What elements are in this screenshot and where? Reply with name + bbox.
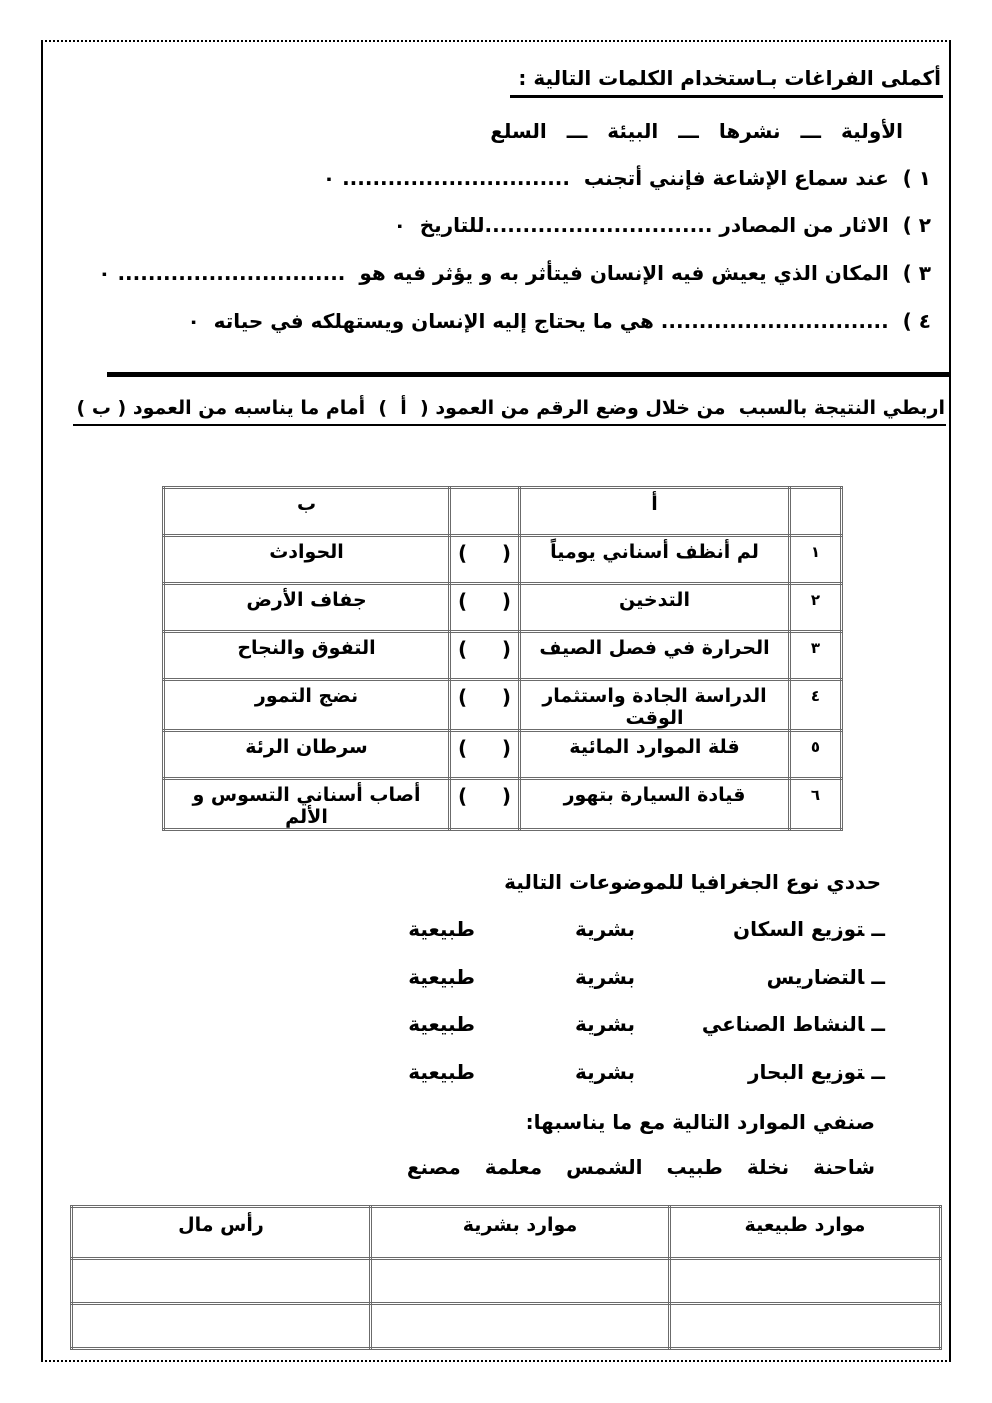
- row-number: ٢: [790, 584, 842, 632]
- result-cell: التفوق والنجاح: [164, 632, 450, 680]
- answer-parens[interactable]: ( ): [450, 731, 520, 779]
- word-bank-word: الأولية: [841, 119, 903, 143]
- answer-parens[interactable]: ( ): [450, 680, 520, 731]
- option-natural[interactable]: طبيعية: [310, 1012, 475, 1036]
- geo-topic-label: توزيع البحار: [748, 1060, 864, 1084]
- cause-cell: الدراسة الجادة واستثمار الوقت: [520, 680, 790, 731]
- section4-title: صنفي الموارد التالية مع ما يناسبها:: [526, 1110, 875, 1134]
- answer-parens[interactable]: ( ): [450, 536, 520, 584]
- cause-cell: الحرارة في فصل الصيف: [520, 632, 790, 680]
- table-row: [72, 1259, 941, 1304]
- cause-cell: قلة الموارد المائية: [520, 731, 790, 779]
- geo-row: ــالنشاط الصناعي بشرية طبيعية: [310, 1012, 885, 1036]
- answer-cell[interactable]: [670, 1304, 941, 1349]
- table-row: ٤ الدراسة الجادة واستثمار الوقت ( ) نضج …: [164, 680, 842, 731]
- fill-blank-item-3[interactable]: ٣ ) المكان الذي يعيش فيه الإنسان فيتأثر …: [98, 261, 931, 285]
- option-natural[interactable]: طبيعية: [310, 1060, 475, 1084]
- answer-parens[interactable]: ( ): [450, 779, 520, 830]
- geo-topic-label: النشاط الصناعي: [702, 1012, 864, 1036]
- section-divider: [107, 372, 949, 377]
- word-bank-word: البيئة: [607, 119, 658, 143]
- answer-parens[interactable]: ( ): [450, 584, 520, 632]
- fill-blank-item-1[interactable]: ١ ) عند سماع الإشاعة فإنني أتجنب .......…: [323, 166, 931, 190]
- geo-topic: ــالنشاط الصناعي: [635, 1012, 885, 1036]
- answer-parens[interactable]: ( ): [450, 632, 520, 680]
- answer-cell[interactable]: [371, 1304, 670, 1349]
- cause-cell: التدخين: [520, 584, 790, 632]
- result-cell: أصاب أسناني التسوس و الألم: [164, 779, 450, 830]
- option-natural[interactable]: طبيعية: [310, 917, 475, 941]
- cause-cell: قيادة السيارة بتهور: [520, 779, 790, 830]
- resource-word: مصنع: [407, 1155, 461, 1179]
- geo-row: ــالتضاريس بشرية طبيعية: [310, 965, 885, 989]
- header-natural-resources: موارد طبيعية: [670, 1207, 941, 1259]
- geo-topic: ــالتضاريس: [635, 965, 885, 989]
- item-dash: ــ: [871, 917, 885, 941]
- resource-word: الشمس: [566, 1155, 642, 1179]
- row-number: ٥: [790, 731, 842, 779]
- option-human[interactable]: بشرية: [475, 917, 635, 941]
- item-dash: ــ: [871, 1060, 885, 1084]
- answer-cell[interactable]: [670, 1259, 941, 1304]
- geo-topic: ــتوزيع البحار: [635, 1060, 885, 1084]
- answer-cell[interactable]: [72, 1304, 371, 1349]
- dash-separator: ـــ: [678, 119, 699, 143]
- table-row: ١ لم أنظف أسناني يومياً ( ) الحوادث: [164, 536, 842, 584]
- resource-word-list: شاحنة نخلة طبيب الشمس معلمة مصنع: [407, 1155, 875, 1179]
- corner-cell: [790, 488, 842, 536]
- word-bank-word: السلع: [490, 119, 547, 143]
- table-row: ٢ التدخين ( ) جفاف الأرض: [164, 584, 842, 632]
- result-cell: سرطان الرئة: [164, 731, 450, 779]
- result-cell: نضج التمور: [164, 680, 450, 731]
- section1-title: أكملى الفراغات بـاستخدام الكلمات التالية…: [510, 66, 943, 98]
- section2-title: اربطي النتيجة بالسبب من خلال وضع الرقم م…: [73, 397, 946, 426]
- header-capital: رأس مال: [72, 1207, 371, 1259]
- header-human-resources: موارد بشرية: [371, 1207, 670, 1259]
- row-number: ٣: [790, 632, 842, 680]
- worksheet: { "page": { "section1": { "title": "أكمل…: [0, 0, 992, 1403]
- geo-topic: ــتوزيع السكان: [635, 917, 885, 941]
- geo-row: ــتوزيع السكان بشرية طبيعية: [310, 917, 885, 941]
- item-dash: ــ: [871, 1012, 885, 1036]
- table-row: ٣ الحرارة في فصل الصيف ( ) التفوق والنجا…: [164, 632, 842, 680]
- option-natural[interactable]: طبيعية: [310, 965, 475, 989]
- resource-word: طبيب: [667, 1155, 723, 1179]
- cause-cell: لم أنظف أسناني يومياً: [520, 536, 790, 584]
- column-b-header: ب: [164, 488, 450, 536]
- section3-title: حددي نوع الجغرافيا للموضوعات التالية: [504, 870, 881, 894]
- matching-table: أ ب ١ لم أنظف أسناني يومياً ( ) الحوادث …: [162, 486, 843, 831]
- row-number: ٦: [790, 779, 842, 830]
- table-row: [72, 1304, 941, 1349]
- table-row: ٥ قلة الموارد المائية ( ) سرطان الرئة: [164, 731, 842, 779]
- fill-blank-item-4[interactable]: ٤ ) .............................. هي ما…: [187, 309, 931, 333]
- table-row: ٦ قيادة السيارة بتهور ( ) أصاب أسناني ال…: [164, 779, 842, 830]
- result-cell: جفاف الأرض: [164, 584, 450, 632]
- answer-cell[interactable]: [371, 1259, 670, 1304]
- dash-separator: ـــ: [801, 119, 822, 143]
- page-frame: أكملى الفراغات بـاستخدام الكلمات التالية…: [41, 40, 951, 1362]
- dash-separator: ـــ: [567, 119, 588, 143]
- fill-blank-item-2[interactable]: ٢ ) الاثار من المصادر ..................…: [394, 213, 931, 237]
- word-bank: الأولية ـــ نشرها ـــ البيئة ـــ السلع: [490, 119, 903, 143]
- item-dash: ــ: [871, 965, 885, 989]
- resource-word: شاحنة: [813, 1155, 875, 1179]
- word-bank-word: نشرها: [719, 119, 781, 143]
- geo-topic-label: التضاريس: [767, 965, 865, 989]
- classification-header-row: موارد طبيعية موارد بشرية رأس مال: [72, 1207, 941, 1259]
- option-human[interactable]: بشرية: [475, 1012, 635, 1036]
- resource-word: معلمة: [485, 1155, 542, 1179]
- paren-header-cell: [450, 488, 520, 536]
- column-a-header: أ: [520, 488, 790, 536]
- geo-row: ــتوزيع البحار بشرية طبيعية: [310, 1060, 885, 1084]
- matching-table-header: أ ب: [164, 488, 842, 536]
- row-number: ٤: [790, 680, 842, 731]
- resource-word: نخلة: [747, 1155, 789, 1179]
- option-human[interactable]: بشرية: [475, 965, 635, 989]
- answer-cell[interactable]: [72, 1259, 371, 1304]
- classification-table: موارد طبيعية موارد بشرية رأس مال: [70, 1205, 942, 1350]
- option-human[interactable]: بشرية: [475, 1060, 635, 1084]
- result-cell: الحوادث: [164, 536, 450, 584]
- row-number: ١: [790, 536, 842, 584]
- geo-topic-label: توزيع السكان: [733, 917, 864, 941]
